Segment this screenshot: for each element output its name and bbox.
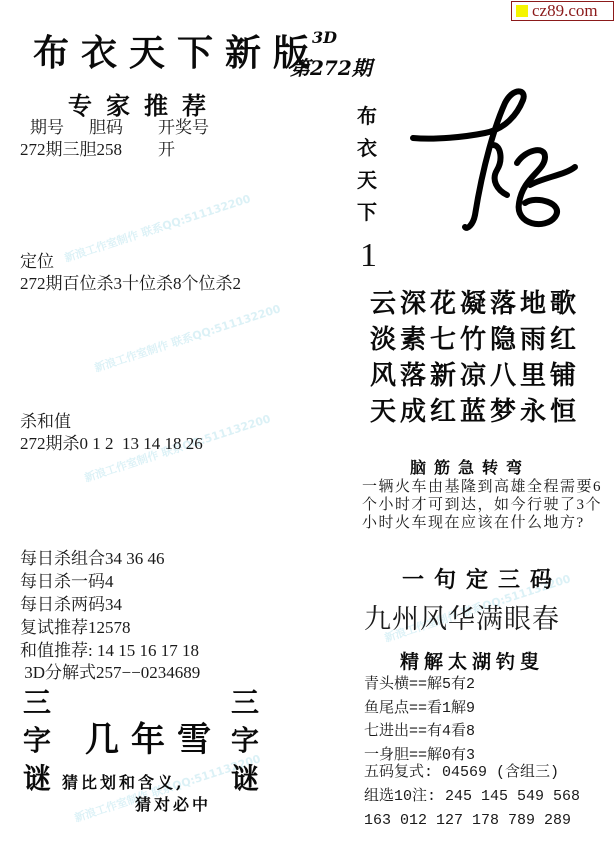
poem-line: 天成红蓝梦永恒: [370, 394, 580, 430]
riddle-side-label-right: 三 字 谜: [230, 684, 260, 798]
expert-header-issue: 期号: [30, 117, 64, 139]
poem: 云深花凝落地歌 淡素七竹隐雨红 风落新凉八里铺 天成红蓝梦永恒: [370, 286, 580, 430]
daily-line: 每日杀一码4: [20, 571, 114, 593]
fisher-lines: 青头横==解5有2 鱼尾点==看1解9 七进出==有4看8 一身胆==解0有3: [364, 673, 475, 767]
vertical-title-char: 布: [354, 100, 380, 132]
riddle-side-char: 三: [22, 684, 52, 722]
dingwei-value: 272期百位杀3十位杀8个位杀2: [20, 273, 241, 295]
shahezhi-value: 272期杀0 1 2 13 14 18 26: [20, 433, 203, 455]
dingma-poem: 九州风华满眼春: [364, 597, 560, 636]
watermark: 新浪工作室制作 联系QQ:511132200: [92, 300, 282, 375]
vertical-title-char: 下: [354, 196, 380, 228]
riddle-hint-line2: 猜对必中: [135, 792, 211, 815]
fisher-line: 鱼尾点==看1解9: [364, 697, 475, 721]
brain-teaser-question: 一辆火车由基隆到高雄全程需要6个小时才可到达，如今行驶了3个小时火车现在应该在什…: [362, 478, 612, 532]
right-number: 1: [360, 237, 377, 275]
yellow-square-icon: [516, 5, 528, 17]
daily-line: 每日杀组合34 36 46: [20, 548, 165, 570]
issue-label: 第272期: [290, 52, 372, 81]
riddle-side-label-left: 三 字 谜: [22, 684, 52, 798]
riddle-side-char: 谜: [230, 760, 260, 798]
fuzhi-line: 五码复式: 04569 (含组三): [364, 761, 580, 785]
handwritten-glyph-icon: [405, 85, 585, 259]
poem-line: 云深花凝落地歌: [370, 286, 580, 322]
daily-line: 每日杀两码34: [20, 594, 122, 616]
page-title: 布衣天下新版: [33, 25, 321, 76]
poem-line: 淡素七竹隐雨红: [370, 322, 580, 358]
brain-teaser-title: 脑筋急转弯: [410, 455, 530, 478]
fisher-line: 七进出==有4看8: [364, 720, 475, 744]
poem-line: 风落新凉八里铺: [370, 358, 580, 394]
site-badge[interactable]: cz89.com: [511, 1, 614, 21]
dingma-title: 一句定三码: [402, 563, 562, 594]
dingwei-label: 定位: [20, 251, 54, 273]
riddle-side-char: 字: [22, 722, 52, 760]
zuxuan-line2: 163 012 127 178 789 289: [364, 809, 580, 833]
expert-header-dan: 胆码: [89, 117, 123, 139]
expert-header-result: 开奖号: [158, 117, 209, 139]
expert-row-result: 开: [158, 139, 175, 161]
shahezhi-label: 杀和值: [20, 411, 71, 433]
watermark: 新浪工作室制作 联系QQ:511132200: [62, 190, 252, 265]
riddle-side-char: 谜: [22, 760, 52, 798]
vertical-title-char: 衣: [354, 132, 380, 164]
daily-line: 3D分解式257−−0234689: [20, 662, 200, 684]
riddle-text: 几年雪: [85, 712, 223, 761]
expert-title: 专家推荐: [68, 86, 220, 121]
vertical-title-char: 天: [354, 164, 380, 196]
game-label: 3D: [312, 28, 337, 47]
fisher-combo: 五码复式: 04569 (含组三) 组选10注: 245 145 549 568…: [364, 761, 580, 833]
fisher-line: 青头横==解5有2: [364, 673, 475, 697]
riddle-hint-line1: 猜比划和含义,: [62, 770, 185, 793]
daily-line: 和值推荐: 14 15 16 17 18: [20, 640, 199, 662]
expert-row-issue-dan: 272期三胆258: [20, 139, 122, 161]
fisher-title: 精解太湖钓叟: [400, 647, 544, 674]
zuxuan-line1: 组选10注: 245 145 549 568: [364, 785, 580, 809]
riddle-side-char: 三: [230, 684, 260, 722]
daily-line: 复试推荐12578: [20, 617, 131, 639]
right-vertical-title: 布 衣 天 下: [354, 100, 380, 228]
riddle-side-char: 字: [230, 722, 260, 760]
site-badge-text: cz89.com: [532, 2, 598, 20]
